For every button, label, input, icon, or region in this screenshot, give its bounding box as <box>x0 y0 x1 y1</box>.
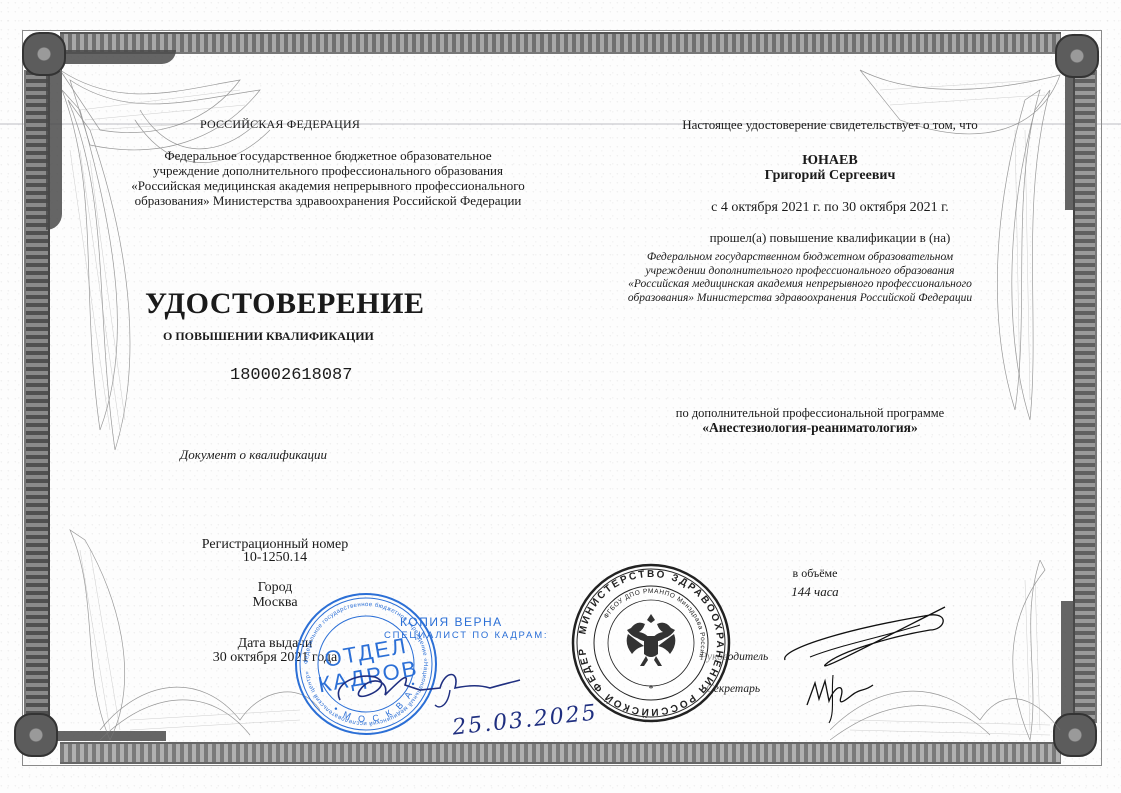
issuer-line: учреждение дополнительного профессиональ… <box>113 163 543 178</box>
certificate-title: УДОСТОВЕРЕНИЕ <box>145 287 424 321</box>
training-institution: Федеральном государственном бюджетном об… <box>585 251 1015 305</box>
copy-true-text: КОПИЯ ВЕРНА <box>400 615 548 629</box>
completion-text: прошел(а) повышение квалификации в (на) <box>620 230 1040 246</box>
institution-line: «Российская медицинская академия непреры… <box>585 278 1015 292</box>
holder-surname: ЮНАЕВ <box>620 153 1040 169</box>
institution-line: учреждении дополнительного профессиональ… <box>585 265 1015 279</box>
volume-hours: 144 часа <box>760 584 870 600</box>
registration-number: 10-1250.14 <box>195 551 355 565</box>
attestation-text: Настоящее удостоверение свидетельствует … <box>620 117 1040 133</box>
volume-label: в объёме <box>760 566 870 581</box>
certificate-page: РОССИЙСКАЯ ФЕДЕРАЦИЯ Федеральное государ… <box>0 0 1121 793</box>
program-name: «Анестезиология-реаниматология» <box>640 420 980 436</box>
country-heading: РОССИЙСКАЯ ФЕДЕРАЦИЯ <box>150 117 410 132</box>
issuer-line: «Российская медицинская академия непреры… <box>113 178 543 193</box>
program-label: по дополнительной профессиональной прогр… <box>640 406 980 421</box>
issuer-line: Федеральное государственное бюджетное об… <box>113 148 543 163</box>
secretary-signature <box>805 665 875 730</box>
copy-certification-note: КОПИЯ ВЕРНА СПЕЦИАЛИСТ ПО КАДРАМ: <box>400 615 548 643</box>
hr-specialist-text: СПЕЦИАЛИСТ ПО КАДРАМ: <box>384 629 548 643</box>
holder-given-names: Григорий Сергеевич <box>620 168 1040 184</box>
issuer-organization: Федеральное государственное бюджетное об… <box>113 148 543 208</box>
document-type: Документ о квалификации <box>180 447 327 463</box>
issuer-line: образования» Министерства здравоохранени… <box>113 193 543 208</box>
serial-number: 180002618087 <box>230 366 352 385</box>
institution-line: образования» Министерства здравоохранени… <box>585 292 1015 306</box>
guilloche-ornament-top-left <box>40 50 300 470</box>
training-period: с 4 октября 2021 г. по 30 октября 2021 г… <box>620 200 1040 216</box>
institution-line: Федеральном государственном бюджетном об… <box>585 251 1015 265</box>
certificate-subtitle: О ПОВЫШЕНИИ КВАЛИФИКАЦИИ <box>163 329 374 344</box>
svg-text:*: * <box>649 684 654 695</box>
